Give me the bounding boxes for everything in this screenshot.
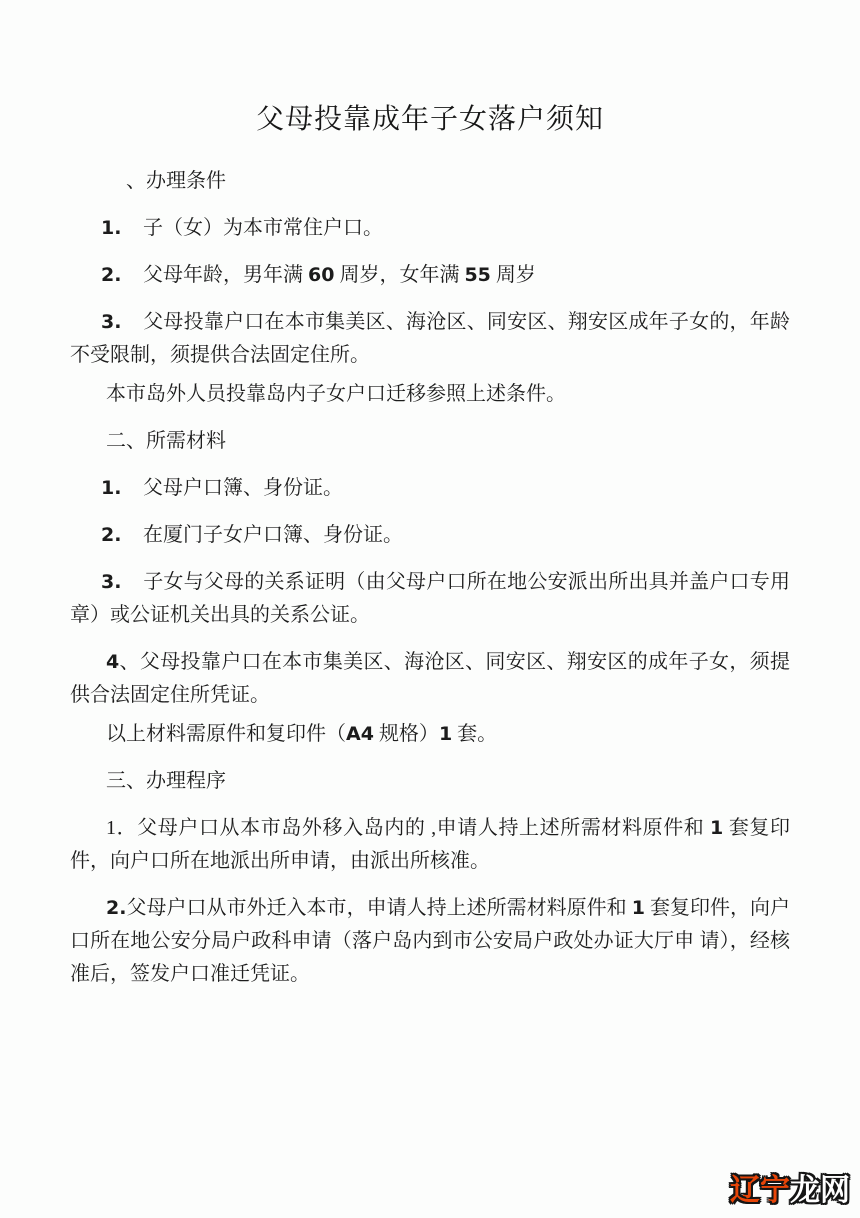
male-age-value: 60	[308, 264, 334, 286]
section-1-note-text: 本市岛外人员投靠岛内子女户口迁移参照上述条件。	[106, 383, 566, 405]
condition-item-1: 1.子（女）为本市常住户口。	[70, 212, 790, 245]
procedure-step-1-text-start: 1．父母户口从本市岛外移入岛内的 ,申请人持上述所需材料原件和	[106, 817, 710, 839]
section-2-note-text-start: 以上材料需原件和复印件（	[106, 723, 346, 745]
section-3-heading-text: 三、办理程序	[106, 770, 226, 792]
condition-item-3: 3.父母投靠户口在本市集美区、海沧区、同安区、翔安区成年子女的，年龄不受限制，须…	[70, 306, 790, 372]
watermark-liaoning-text: 辽宁	[730, 1173, 790, 1208]
material-item-1-number: 1.	[101, 472, 143, 505]
material-item-3-text: 子女与父母的关系证明（由父母户口所在地公安派出所出具并盖户口专用章）或公证机关出…	[70, 571, 790, 626]
procedure-step-2-number: 2.	[106, 897, 126, 919]
condition-item-2-text: 父母年龄，男年满	[143, 264, 308, 286]
material-item-4: 4、父母投靠户口在本市集美区、海沧区、同安区、翔安区的成年子女，须提供合法固定住…	[70, 646, 790, 712]
section-2-note-text-end: 套。	[452, 723, 497, 745]
material-item-1-text: 父母户口簿、身份证。	[143, 477, 343, 499]
section-1-note: 本市岛外人员投靠岛内子女户口迁移参照上述条件。	[70, 378, 790, 411]
section-1-heading: 、办理条件	[70, 165, 790, 198]
condition-item-1-text: 子（女）为本市常住户口。	[143, 217, 383, 239]
paper-size-value: A4	[346, 723, 374, 745]
section-2-heading-text: 二、所需材料	[106, 430, 226, 452]
section-3-heading: 三、办理程序	[70, 765, 790, 798]
material-item-2-text: 在厦门子女户口簿、身份证。	[143, 524, 403, 546]
condition-item-2: 2.父母年龄，男年满 60 周岁，女年满 55 周岁	[70, 259, 790, 292]
section-2-heading: 二、所需材料	[70, 425, 790, 458]
condition-item-2-text-end: 周岁	[491, 264, 536, 286]
procedure-step-1: 1．父母户口从本市岛外移入岛内的 ,申请人持上述所需材料原件和 1 套复印件，向…	[70, 812, 790, 878]
condition-item-3-number: 3.	[101, 306, 143, 339]
material-item-3: 3.子女与父母的关系证明（由父母户口所在地公安派出所出具并盖户口专用章）或公证机…	[70, 566, 790, 632]
material-item-3-number: 3.	[101, 566, 143, 599]
watermark: 辽宁龙网	[730, 1174, 850, 1208]
section-2-note-text-mid: 规格）	[374, 723, 439, 745]
procedure-step-2-text-start: 父母户口从市外迁入本市，申请人持上述所需材料原件和	[126, 897, 631, 919]
procedure-step-1-copy-count: 1	[710, 817, 723, 839]
female-age-value: 55	[464, 264, 490, 286]
material-item-2: 2.在厦门子女户口簿、身份证。	[70, 519, 790, 552]
material-item-4-text: 、父母投靠户口在本市集美区、海沧区、同安区、翔安区的成年子女，须提供合法固定住所…	[70, 651, 790, 706]
procedure-step-2-copy-count: 1	[632, 897, 645, 919]
condition-item-1-number: 1.	[101, 212, 143, 245]
document-background: { "title": "父母投靠成年子女落户须知", "paragraphs":…	[0, 0, 860, 1218]
condition-item-3-text: 父母投靠户口在本市集美区、海沧区、同安区、翔安区成年子女的，年龄不受限制，须提供…	[70, 311, 790, 366]
watermark-longwang-text: 龙网	[790, 1173, 850, 1208]
procedure-step-2: 2.父母户口从市外迁入本市，申请人持上述所需材料原件和 1 套复印件，向户口所在…	[70, 892, 790, 991]
copy-count-value: 1	[439, 723, 452, 745]
document-page: 父母投靠成年子女落户须知 、办理条件 1.子（女）为本市常住户口。 2.父母年龄…	[0, 0, 860, 991]
material-item-4-number: 4	[106, 651, 119, 673]
document-title: 父母投靠成年子女落户须知	[70, 100, 790, 140]
condition-item-2-number: 2.	[101, 259, 143, 292]
condition-item-2-text-mid: 周岁，女年满	[334, 264, 464, 286]
section-1-heading-text: 、办理条件	[126, 170, 226, 192]
section-2-note: 以上材料需原件和复印件（A4 规格）1 套。	[70, 718, 790, 751]
material-item-2-number: 2.	[101, 519, 143, 552]
material-item-1: 1.父母户口簿、身份证。	[70, 472, 790, 505]
